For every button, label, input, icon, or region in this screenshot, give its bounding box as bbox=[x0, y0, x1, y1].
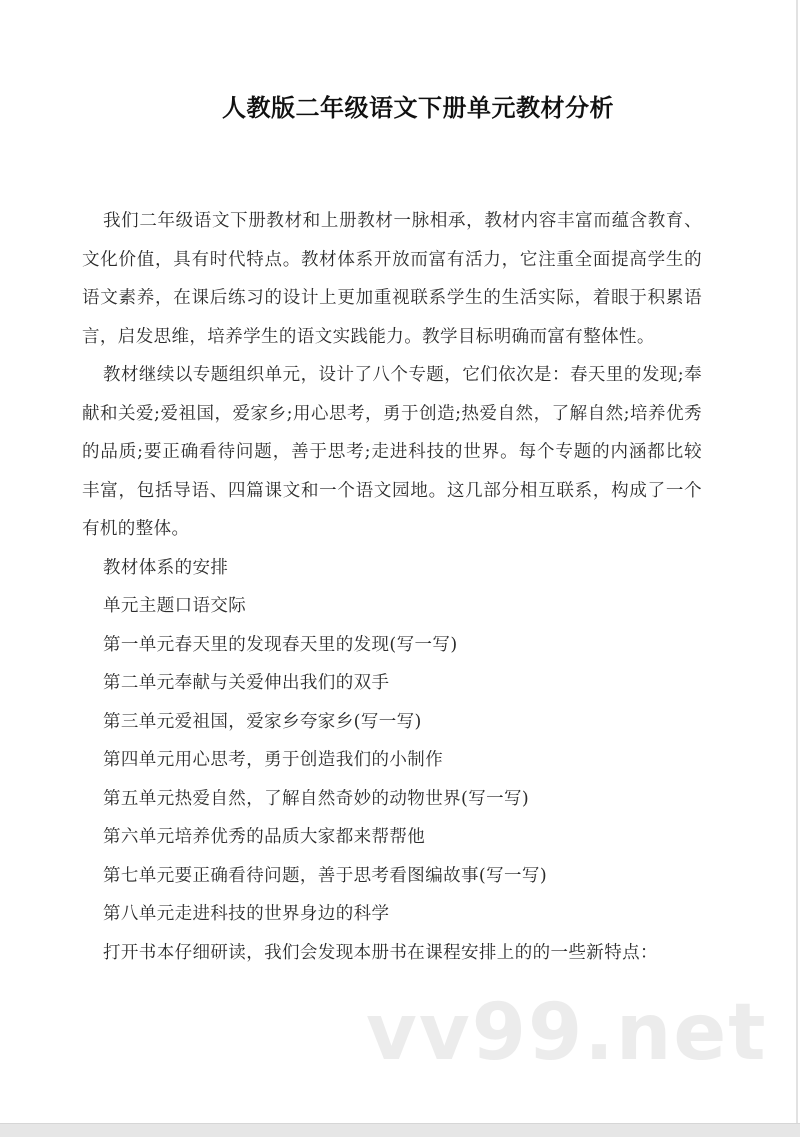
topics-paragraph: 教材继续以专题组织单元，设计了八个专题，它们依次是：春天里的发现;奉献和关爱;爱… bbox=[82, 356, 702, 549]
unit-item: 第三单元爱祖国，爱家乡夸家乡(写一写) bbox=[82, 703, 702, 742]
unit-item: 第四单元用心思考，勇于创造我们的小制作 bbox=[82, 741, 702, 780]
watermark-text: vv99.net bbox=[366, 988, 768, 1078]
section-heading: 教材体系的安排 bbox=[82, 549, 702, 588]
unit-item: 第五单元热爱自然，了解自然奇妙的动物世界(写一写) bbox=[82, 780, 702, 819]
unit-item: 第一单元春天里的发现春天里的发现(写一写) bbox=[82, 626, 702, 665]
document-page: 人教版二年级语文下册单元教材分析 我们二年级语文下册教材和上册教材一脉相承，教材… bbox=[0, 0, 798, 1123]
document-body: 我们二年级语文下册教材和上册教材一脉相承，教材内容丰富而蕴含教育、文化价值，具有… bbox=[82, 202, 702, 972]
unit-item: 第七单元要正确看待问题，善于思考看图编故事(写一写) bbox=[82, 857, 702, 896]
document-title: 人教版二年级语文下册单元教材分析 bbox=[0, 88, 800, 128]
intro-paragraph: 我们二年级语文下册教材和上册教材一脉相承，教材内容丰富而蕴含教育、文化价值，具有… bbox=[82, 202, 702, 356]
unit-item: 第二单元奉献与关爱伸出我们的双手 bbox=[82, 664, 702, 703]
unit-table-header: 单元主题口语交际 bbox=[82, 587, 702, 626]
unit-item: 第八单元走进科技的世界身边的科学 bbox=[82, 895, 702, 934]
unit-item: 第六单元培养优秀的品质大家都来帮帮他 bbox=[82, 818, 702, 857]
page-bottom-border bbox=[0, 1123, 800, 1137]
closing-line: 打开书本仔细研读，我们会发现本册书在课程安排上的的一些新特点： bbox=[82, 934, 702, 973]
